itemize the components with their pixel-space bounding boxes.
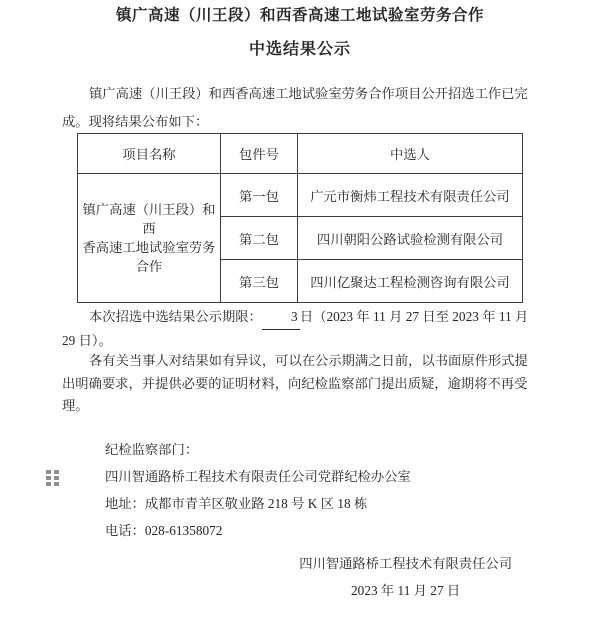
contact-address-line: 地址：成都市青羊区敬业路 218 号 K 区 18 栋 xyxy=(105,490,411,517)
signature-date: 2023 年 11 月 27 日 xyxy=(299,577,512,604)
selection-results-table: 项目名称 包件号 中选人 镇广高速（川王段）和西 香高速工地试验室劳务 合作 第… xyxy=(77,133,523,303)
package-cell: 第三包 xyxy=(221,260,298,303)
document-page: 镇广高速（川王段）和西香高速工地试验室劳务合作 中选结果公示 镇广高速（川王段）… xyxy=(0,0,600,622)
signature-company: 四川智通路桥工程技术有限责任公司 xyxy=(299,550,512,577)
intro-paragraph: 镇广高速（川王段）和西香高速工地试验室劳务合作项目公开招选工作已完 成。现将结果… xyxy=(62,80,567,136)
document-subtitle: 中选结果公示 xyxy=(0,36,600,59)
winner-cell: 四川亿聚达工程检测咨询有限公司 xyxy=(298,260,523,303)
table-header-row: 项目名称 包件号 中选人 xyxy=(78,134,523,174)
publicity-period-paragraph: 本次招选中选结果公示期限：3日（2023 年 11 月 27 日至 2023 年… xyxy=(62,306,567,352)
contact-heading: 纪检监察部门： xyxy=(105,436,411,463)
project-name-cell: 镇广高速（川王段）和西 香高速工地试验室劳务 合作 xyxy=(78,174,221,303)
winner-cell: 四川朝阳公路试验检测有限公司 xyxy=(298,217,523,260)
contact-office-line: 四川智通路桥工程技术有限责任公司党群纪检办公室 xyxy=(105,463,411,490)
contact-block: 纪检监察部门： 四川智通路桥工程技术有限责任公司党群纪检办公室 地址：成都市青羊… xyxy=(105,436,411,544)
column-header-package-number: 包件号 xyxy=(221,134,298,174)
column-header-winner: 中选人 xyxy=(298,134,523,174)
package-cell: 第一包 xyxy=(221,174,298,217)
contact-phone-line: 电话：028-61358072 xyxy=(105,517,411,544)
package-cell: 第二包 xyxy=(221,217,298,260)
period-days-value: 3 xyxy=(262,306,300,330)
objection-paragraph: 各有关当事人对结果如有异议，可以在公示期满之日前，以书面原件形式提 出明确要求，… xyxy=(62,350,567,418)
period-prefix-text: 本次招选中选结果公示期限： xyxy=(89,309,262,324)
document-title: 镇广高速（川王段）和西香高速工地试验室劳务合作 xyxy=(0,3,600,25)
winner-cell: 广元市衡炜工程技术有限责任公司 xyxy=(298,174,523,217)
column-header-project-name: 项目名称 xyxy=(78,134,221,174)
table-row: 镇广高速（川王段）和西 香高速工地试验室劳务 合作 第一包 广元市衡炜工程技术有… xyxy=(78,174,523,217)
signature-block: 四川智通路桥工程技术有限责任公司 2023 年 11 月 27 日 xyxy=(299,550,512,604)
object-anchor-icon xyxy=(46,470,59,486)
